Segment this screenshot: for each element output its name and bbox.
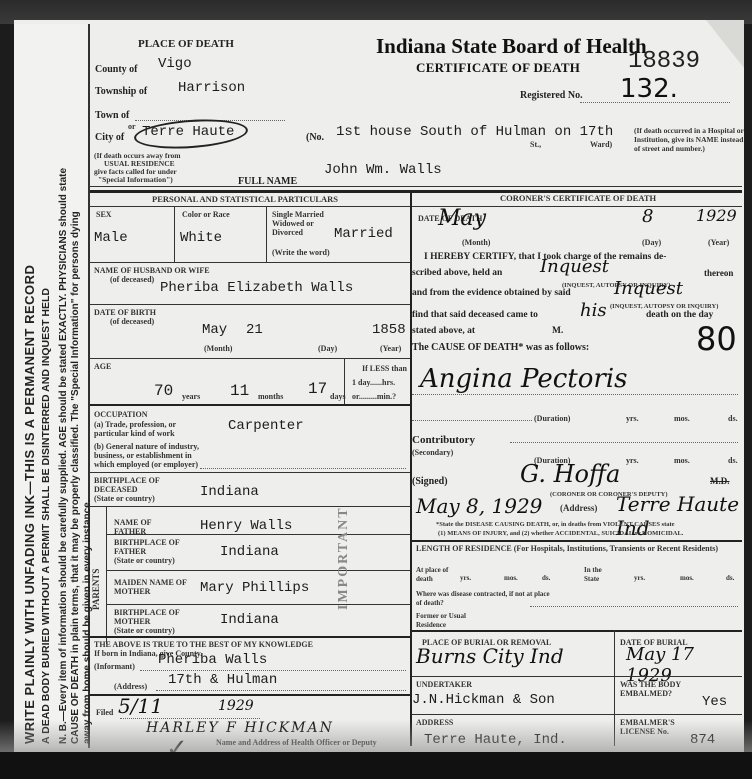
parents-label: PARENTS (92, 569, 101, 610)
divider (412, 630, 742, 632)
occupation-value: Carpenter (228, 418, 304, 434)
dob-month: May (202, 322, 227, 338)
divider (266, 206, 267, 262)
duration-line (412, 420, 532, 421)
place-of-death-heading: PLACE OF DEATH (138, 38, 234, 50)
stated-text: stated above, at (412, 326, 475, 336)
father-birthplace-value: Indiana (220, 544, 279, 560)
mother-label: MAIDEN NAME OF MOTHER (114, 578, 189, 596)
former-residence-label: Former or Usual Residence (416, 612, 496, 630)
scan-bottom-shadow (0, 720, 752, 754)
residence-note: (If death occurs away from USUAL RESIDEN… (94, 152, 204, 184)
md-label: M.D. (710, 476, 730, 486)
thereon-label: thereon (704, 268, 733, 278)
spouse-value: Pheriba Elizabeth Walls (160, 280, 353, 296)
evidence-value: Inquest (614, 278, 683, 299)
cause-code-number: 80 (696, 320, 737, 358)
cause-value: Angina Pectoris (420, 364, 627, 394)
month-label: (Month) (204, 344, 232, 353)
embalmed-label: WAS THE BODY EMBALMED? (620, 680, 700, 698)
spouse-sub-label: (of deceased) (110, 275, 154, 284)
res-mos-label: mos. (504, 574, 518, 583)
marital-options-label: Single Married Widowed or Divorced (272, 210, 332, 237)
township-label: Township of (95, 86, 147, 97)
in-state-label: In the State (584, 566, 614, 584)
undertaker-value: J.N.Hickman & Son (412, 692, 555, 708)
birthplace-value: Indiana (200, 484, 259, 500)
divider (90, 304, 410, 305)
mother-state-label: (State or country) (114, 626, 175, 635)
age-years: 70 (154, 382, 173, 400)
mos-label: mos. (674, 414, 690, 423)
duration-label: (Duration) (534, 414, 570, 423)
divider (106, 534, 410, 535)
year-label: (Year) (380, 344, 401, 353)
board-title: Indiana State Board of Health (376, 34, 647, 59)
divider (174, 206, 175, 262)
came-text: find that said deceased came to (412, 310, 538, 320)
yrs-label: yrs. (626, 414, 639, 423)
divider (106, 506, 107, 644)
marital-write-label: (Write the word) (272, 248, 330, 257)
undertaker-label: UNDERTAKER (416, 680, 472, 689)
informant-address-value: 17th & Hulman (168, 672, 277, 688)
or-label: or (128, 122, 136, 131)
personal-heading: PERSONAL AND STATISTICAL PARTICULARS (152, 195, 338, 204)
city-circle-mark (133, 116, 249, 152)
sidebar-line-nb: N. B.—Every item of information should b… (58, 168, 69, 744)
day-hrs-label: 1 day......hrs. (352, 378, 395, 387)
scan-bottom-border (0, 752, 752, 779)
birthplace-label: BIRTHPLACE OF DECEASED (94, 476, 174, 494)
important-stamp: IMPORTANT (336, 506, 352, 610)
filed-year: 1929 (218, 698, 254, 714)
divider (106, 604, 410, 605)
death-day-text: death on the day (646, 310, 713, 320)
ds-label: ds. (728, 414, 738, 423)
state-yrs-label: yrs. (634, 574, 645, 583)
father-state-label: (State or country) (114, 556, 175, 565)
dod-month-label: (Month) (462, 238, 490, 247)
divider (90, 404, 410, 406)
burial-place-value: Burns City Ind (416, 644, 564, 668)
certificate-form: PLACE OF DEATH Indiana State Board of He… (90, 30, 742, 748)
divider (90, 186, 742, 187)
or-min-label: or.........min.? (352, 392, 396, 401)
st-label: St., (530, 140, 541, 149)
sidebar-line-cause: CAUSE OF DEATH in plain terms, that it m… (70, 211, 81, 744)
divider (106, 570, 410, 571)
divider (344, 358, 345, 404)
certificate-title: CERTIFICATE OF DEATH (416, 60, 580, 76)
occupation-a-label: (a) Trade, profession, or particular kin… (94, 420, 190, 438)
divider (412, 676, 742, 677)
contributory-label: Contributory (412, 434, 475, 446)
birthplace-sub-label: (State or country) (94, 494, 155, 503)
informant-value: Pheriba Walls (158, 652, 267, 668)
divider (90, 506, 410, 507)
filed-label: Filed (96, 708, 113, 717)
dod-day-label: (Day) (642, 238, 661, 247)
street-no-label: (No. (306, 132, 324, 143)
coroner-sign-date: May 8, 1929 (416, 494, 542, 518)
divider (90, 262, 410, 263)
occupation-b-label: (b) General nature of industry, business… (94, 442, 212, 469)
length-residence-label: LENGTH OF RESIDENCE (For Hospitals, Inst… (416, 544, 738, 553)
mother-birthplace-value: Indiana (220, 612, 279, 628)
county-value: Vigo (158, 56, 192, 72)
township-value: Harrison (178, 80, 245, 96)
contributory-line (510, 442, 738, 443)
hospital-note: (If death occurred in a Hospital or Inst… (634, 126, 744, 153)
residence-note-line4: "Special Information") (94, 176, 204, 184)
informant-address-line (156, 690, 406, 691)
true-statement-label: THE ABOVE IS TRUE TO THE BEST OF MY KNOW… (94, 640, 313, 649)
divider (90, 636, 410, 638)
marital-value: Married (334, 226, 393, 242)
evidence-text: and from the evidence obtained by said (412, 288, 571, 298)
secondary-label: (Secondary) (412, 448, 453, 457)
months-label: months (258, 392, 283, 401)
father-birthplace-label: BIRTHPLACE OF FATHER (114, 538, 184, 556)
registered-number: 132. (620, 74, 678, 104)
age-days: 17 (308, 380, 327, 398)
dob-year: 1858 (372, 322, 406, 338)
ds-label-2: ds. (728, 456, 738, 465)
cause-line (412, 394, 738, 395)
res-yrs-label: yrs. (460, 574, 471, 583)
age-months: 11 (230, 382, 249, 400)
informant-label: (Informant) (94, 662, 135, 671)
informant-address-label: (Address) (114, 682, 147, 691)
color-label: Color or Race (182, 210, 230, 219)
occupation-label: OCCUPATION (94, 410, 147, 419)
certificate-number: 18839 (628, 48, 700, 75)
color-value: White (180, 230, 222, 246)
coroner-signature: G. Hoffa (520, 460, 620, 488)
sex-value: Male (94, 230, 128, 246)
state-mos-label: mos. (680, 574, 694, 583)
state-ds-label: ds. (726, 574, 734, 583)
street-value: 1st house South of Hulman on 17th (336, 124, 613, 140)
mos-label-2: mos. (674, 456, 690, 465)
dod-year: 1929 (696, 206, 737, 225)
sex-label: SEX (96, 210, 112, 219)
yrs-label-2: yrs. (626, 456, 639, 465)
res-ds-label: ds. (542, 574, 550, 583)
embalmed-value: Yes (702, 694, 727, 710)
dod-month: May (438, 206, 486, 231)
less-than-label: If LESS than (362, 364, 407, 373)
m-label: M. (552, 326, 563, 336)
registered-label: Registered No. (520, 90, 583, 101)
full-name-value: John Wm. Walls (324, 162, 442, 178)
divider (412, 540, 742, 542)
dod-year-label: (Year) (708, 238, 729, 247)
town-label: Town of (95, 110, 129, 121)
informant-line (140, 670, 406, 671)
sidebar-line-permit: A DEAD BODY BURIED WITHOUT A PERMIT SHAL… (40, 288, 52, 744)
coroner-heading: CORONER'S CERTIFICATE OF DEATH (500, 194, 656, 203)
mother-birthplace-label: BIRTHPLACE OF MOTHER (114, 608, 184, 626)
filed-line (120, 718, 260, 719)
dob-label: DATE OF BIRTH (94, 308, 156, 317)
coroner-address-label: (Address) (560, 504, 597, 513)
county-label: County of (95, 64, 138, 75)
footnote-line2: (1) MEANS OF INJURY, and (2) whether ACC… (438, 529, 683, 538)
industry-line (200, 468, 406, 469)
spouse-label: NAME OF HUSBAND OR WIFE (94, 266, 210, 275)
ward-label: Ward) (590, 140, 612, 149)
years-label: years (182, 392, 200, 401)
sidebar-line-permanent-record: WRITE PLAINLY WITH UNFADING INK—THIS IS … (22, 265, 37, 744)
instruction-sidebar: WRITE PLAINLY WITH UNFADING INK—THIS IS … (14, 24, 90, 748)
divider (90, 358, 410, 359)
divider (90, 206, 410, 207)
footnote-line1: *State the DISEASE CAUSING DEATH, or, in… (436, 520, 675, 529)
divider (412, 714, 742, 715)
held-value: Inquest (540, 256, 609, 277)
contracted-line (530, 606, 738, 607)
city-label: City of (95, 132, 124, 143)
cause-label: The CAUSE OF DEATH* was as follows: (412, 342, 589, 353)
dob-day: 21 (246, 322, 263, 338)
dod-day: 8 (642, 206, 653, 227)
came-value: his (580, 300, 607, 321)
mother-value: Mary Phillips (200, 580, 309, 596)
held-text: scribed above, held an (412, 268, 502, 278)
at-place-label: At place of death (416, 566, 452, 584)
day-label: (Day) (318, 344, 337, 353)
dob-sub-label: (of deceased) (110, 317, 154, 326)
filed-date: 5/11 (118, 694, 163, 718)
age-label: AGE (94, 362, 111, 371)
divider (90, 472, 410, 473)
signed-label: (Signed) (412, 476, 448, 487)
father-value: Henry Walls (200, 518, 292, 534)
